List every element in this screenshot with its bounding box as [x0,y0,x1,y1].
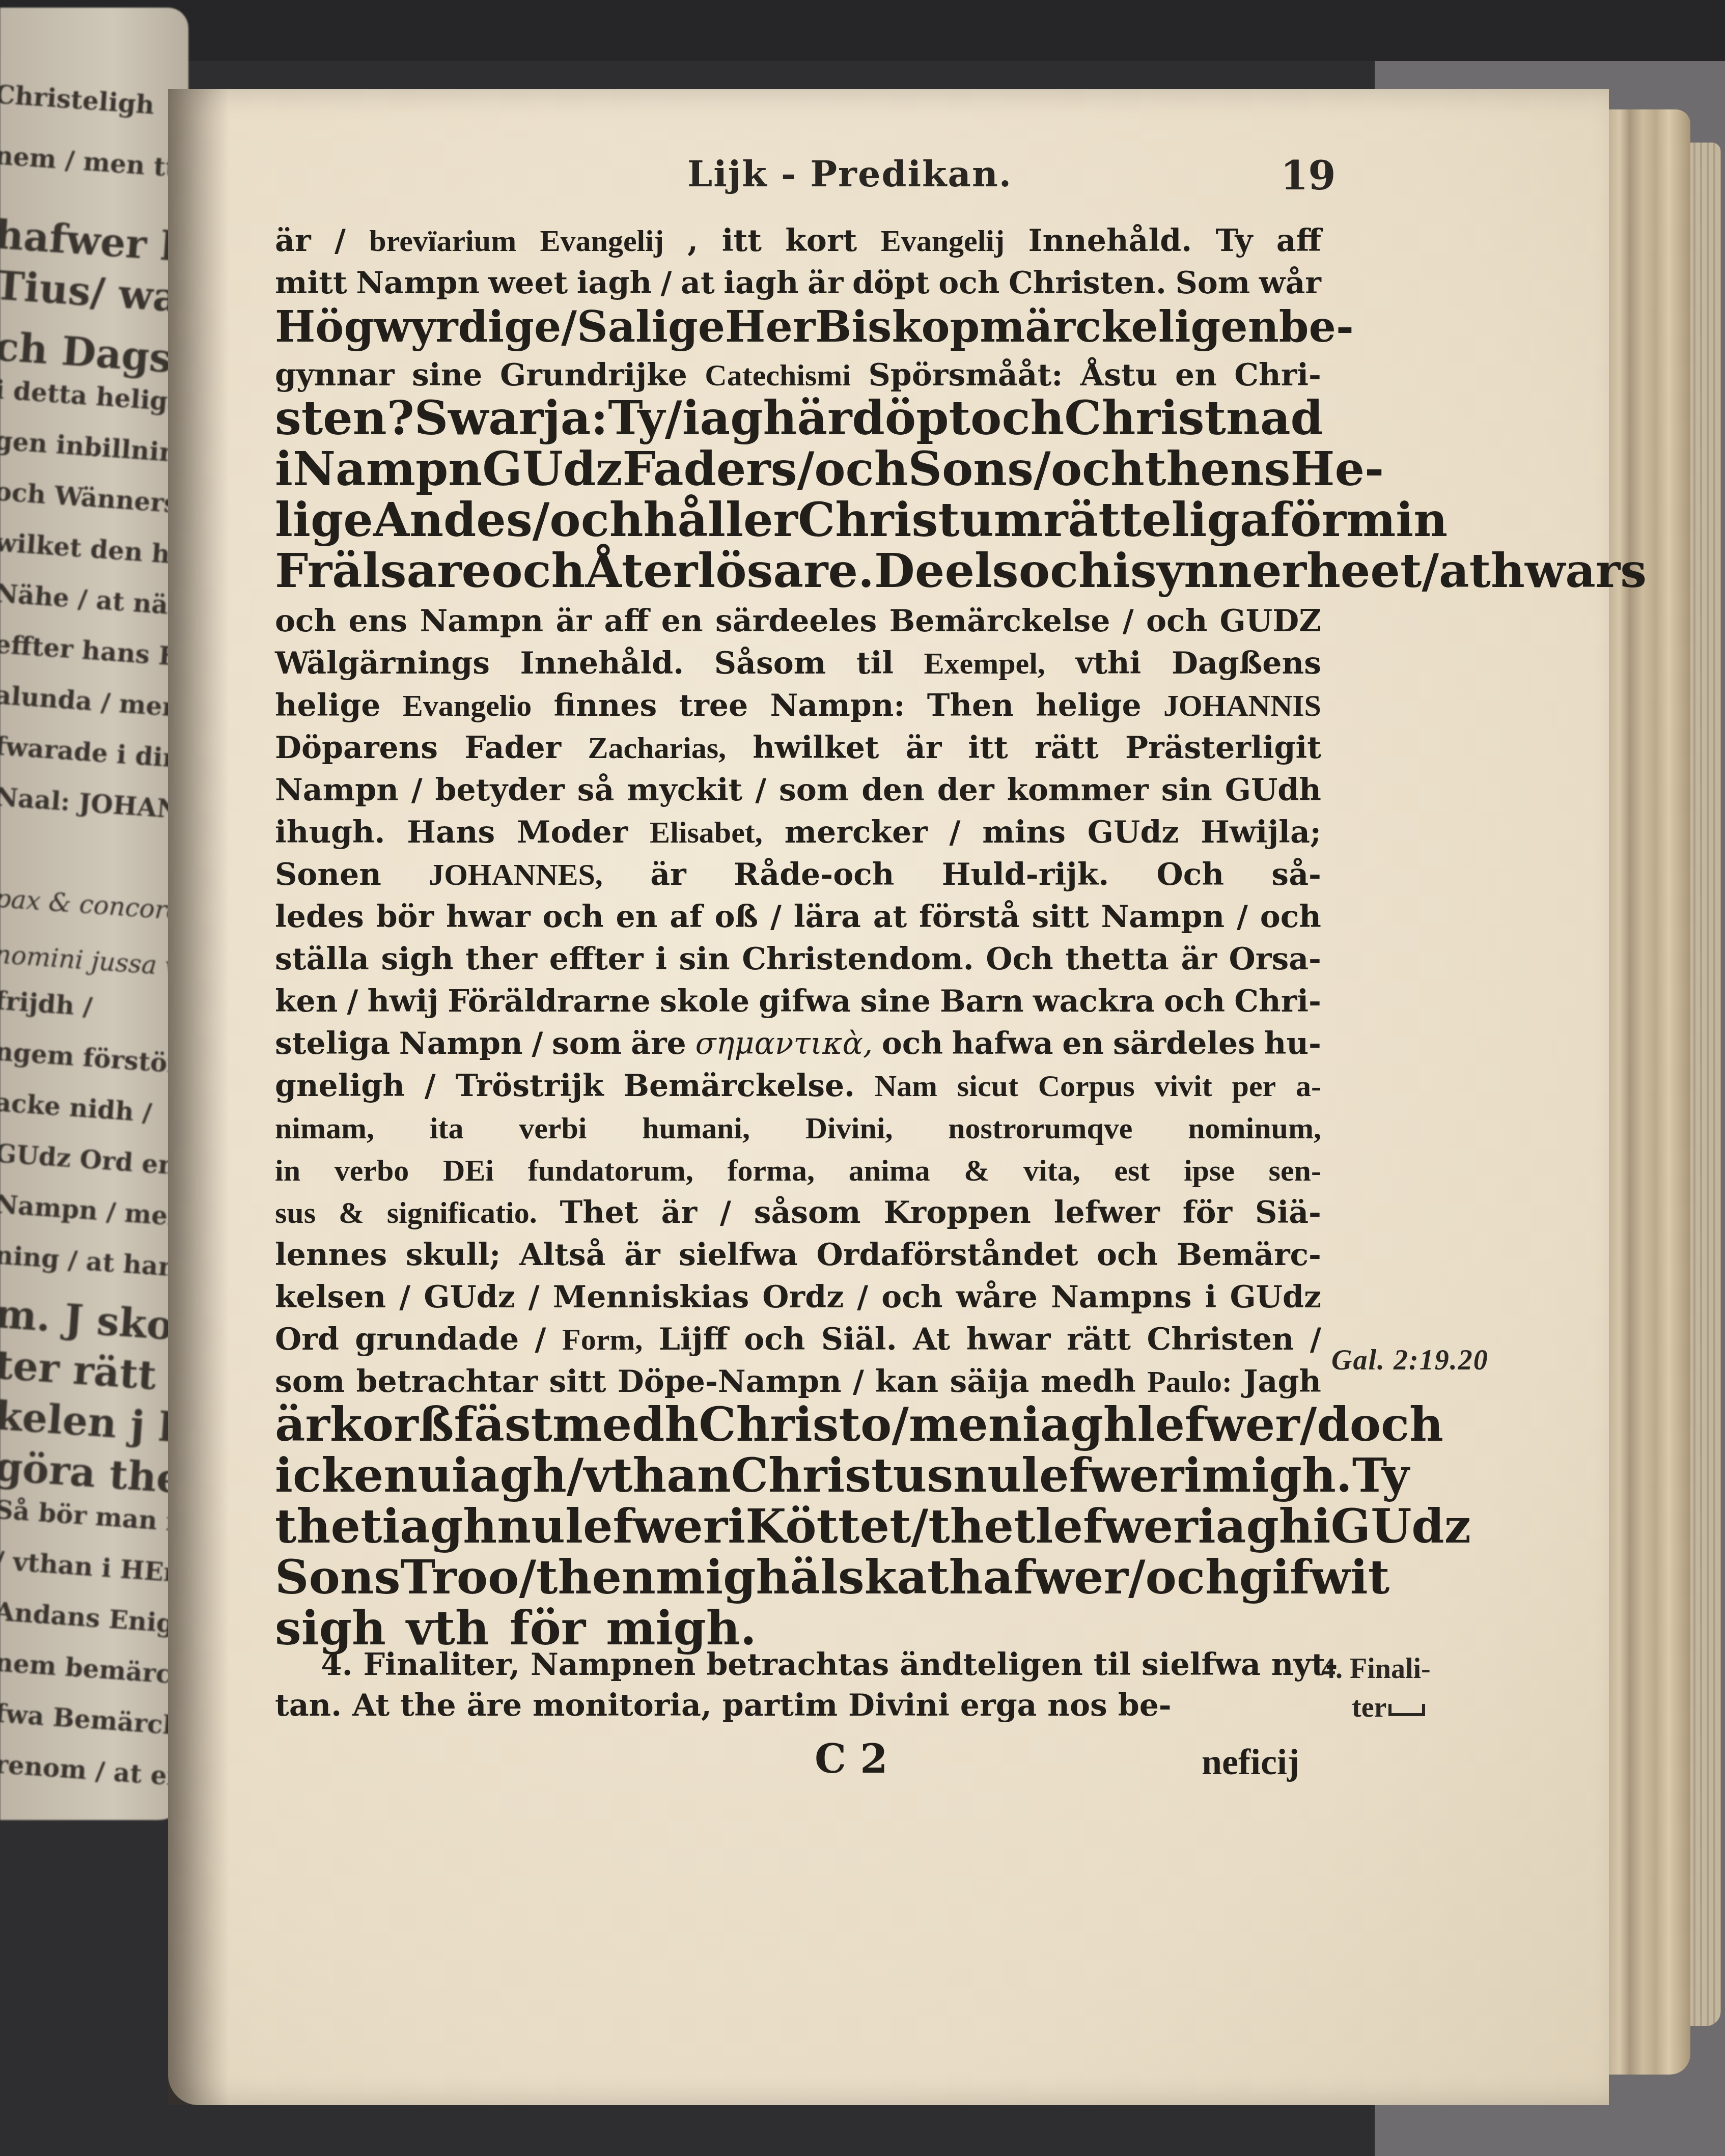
word: Biskop [815,305,980,348]
word: gneligh [275,1071,405,1101]
word: Zacharias, [588,733,726,763]
body-line: heligeEvangeliofinnestreeNampn:Thenhelig… [275,679,1321,721]
word: & [964,1155,989,1186]
word: är [797,395,852,441]
word: til [856,648,894,679]
word: Ord [275,1324,339,1355]
word: / [425,1071,436,1101]
margin-section-label-2: ter [1352,1692,1386,1723]
word: / [950,817,961,848]
word: Huld-rijk. [942,859,1109,890]
word: icke [275,1452,383,1499]
body-line: gneligh/TröstrijkBemärckelse.NamsicutCor… [275,1059,1321,1101]
word: anima [849,1155,930,1186]
word: Innehåld. [520,648,684,679]
word: Christen. [1009,268,1166,298]
word: Tröstrijk [455,1071,603,1101]
catchword: neficij [1202,1741,1299,1783]
body-line: ihugh.HansModerElisabet,mercker/minsGUdz… [275,805,1321,848]
word: är [906,733,942,763]
word: lige [275,496,373,543]
word: och [1019,547,1112,594]
word: GUdz [1088,817,1179,848]
word: i [655,944,667,974]
word: Altså [519,1240,606,1270]
word: / [1128,1554,1146,1601]
facing-page-line: ning / at han skulle hetta Jo [0,1240,188,1297]
word: Divini, [805,1113,893,1143]
word: Moder [517,817,628,848]
word: Fader [464,733,561,763]
word: hafwer [949,1554,1128,1601]
body-line: FrälsareochÅterlösare.Deelsochisynnerhee… [275,543,1321,594]
body-line: ledesbörhwarochenafoß/läraatförståsittNa… [275,890,1321,932]
word: lefwer [1054,1197,1160,1228]
paragraph-4: 4. Finaliter, Nampnen betrachtas ändteli… [275,1640,1321,1721]
word: nu [953,1452,1021,1499]
word: He- [1291,445,1384,492]
word: / [661,268,672,298]
word: Orsa- [1229,944,1321,974]
body-line: lennesskull;AltsåärsielfwaOrdaförståndet… [275,1228,1321,1270]
word: myckit [627,775,742,805]
body-line: sus&significatio.Thetär/såsomKroppenlefw… [275,1186,1321,1228]
facing-page-line: GUdz Ord en förer. [0,1138,188,1187]
word: ken [275,986,338,1017]
word: nu [497,1503,565,1550]
body-line: steligaNampn/somäreσημαντικὰ,ochhafwaens… [275,1017,1321,1059]
body-line: SonenJOHANNES,ärRåde-ochHuld-rijk.Ochså- [275,848,1321,890]
word: nostrorumqve [948,1113,1132,1143]
word: / [857,1282,868,1312]
word: en [616,902,658,932]
word: / [347,986,358,1017]
word: kort [785,226,857,256]
word: thetta [1065,944,1169,974]
word: helige [275,690,381,721]
word: Her [725,305,815,348]
facing-page-line: i detta heliga Wärck / ic nu [0,374,188,431]
word: döpt [852,268,930,298]
word: vita, [1023,1155,1080,1186]
word: och [275,606,336,636]
scan-background-top [0,0,1725,61]
word: särdeeles [715,606,877,636]
word: som [779,775,849,805]
word: Exempel, [924,648,1045,679]
word: den [861,775,925,805]
word: rätt [1067,1324,1131,1355]
page-number: 19 [1281,153,1336,199]
word: effter [549,944,644,974]
word: en [661,606,703,636]
word: Nam [875,1071,937,1101]
word: est [1114,1155,1150,1186]
facing-page-line: Christeligh [0,79,155,120]
word: för [1270,496,1346,543]
word: / [561,305,577,348]
word: nimam, [275,1113,374,1143]
facing-page-line: nem / men ttraintrai Christ [0,140,188,197]
word: Bemärckelse [889,606,1110,636]
word: förstå [919,902,1020,932]
word: en [1175,360,1217,390]
paragraph-4-line: 4. Finaliter, Nampnen betrachtas ändteli… [275,1640,1321,1680]
body-line: inverboDEifundatorum,forma,anima&vita,es… [275,1143,1321,1186]
word: en [1062,1028,1104,1059]
body-line: ken/hwijFöräldrarneskolegifwasineBarnwac… [275,974,1321,1017]
word: / [797,445,815,492]
word: hwar [446,902,531,932]
word: och [882,1028,943,1059]
body-line: nimam,itaverbihumani,Divini,nostrorumqve… [275,1101,1321,1143]
word: / [567,1452,584,1499]
word: hwilket [753,733,879,763]
word: sicut [957,1071,1018,1101]
word: / [720,1197,731,1228]
body-line: är/brevïariumEvangelij,ittkortEvangelijI… [275,214,1321,256]
word: Innehåld. [1028,226,1192,256]
word: och [549,496,643,543]
word: brevïarium [369,226,516,256]
word: är [1181,944,1217,974]
word: / [335,226,346,256]
facing-page-line: alunda / men han skal h [0,680,188,734]
bracket-mark-icon [1388,1704,1425,1716]
word: / [532,1028,543,1059]
word: som [275,1366,345,1397]
body-line: WälgärningsInnehåld.SåsomtilExempel,vthi… [275,636,1321,679]
word: är [275,226,311,256]
word: Nampn [1101,902,1225,932]
word: Nampn [420,606,543,636]
word: och [1146,1554,1239,1601]
gutter-shadow [168,89,229,2105]
word: GUDZ [1220,606,1321,636]
word: thens [1145,445,1291,492]
word: är [661,1197,698,1228]
body-line: SonsTroo/thenmighälskathafwer/ochgifwit [275,1550,1321,1601]
word: vivit [1154,1071,1212,1101]
body-line: DöparensFaderZacharias,hwilketäritträttP… [275,721,1321,763]
word: mitt [275,268,347,298]
word: kan [875,1366,938,1397]
word: är [275,1401,330,1448]
word: Swar [414,395,544,441]
word: Grundrijke [500,360,687,390]
word: / [911,1503,929,1550]
word: GUdz [424,1282,515,1312]
word: Ordz [762,1282,844,1312]
word: Frälsare [275,547,491,594]
word: Ty [1215,226,1253,256]
word: i [275,445,293,492]
word: tree [679,690,748,721]
word: såsom [754,1197,861,1228]
word: fundatorum, [528,1155,693,1186]
word: / [1034,445,1051,492]
word: märckeligen [980,305,1278,348]
word: betyder [435,775,564,805]
word: Bemärc- [1177,1240,1321,1270]
word: särdeles [1113,1028,1255,1059]
word: Nampn: [770,690,905,721]
word: Återlösare. [585,547,874,594]
word: Jagh [1243,1366,1321,1397]
facing-page-line: Naal: JOHANNES är i [0,781,188,832]
word: gifwit [1239,1554,1390,1601]
word: in [275,1155,300,1186]
word: Åstu [1080,360,1158,390]
word: at [681,268,715,298]
word: Sonen [275,859,381,890]
word: betrachtar [356,1366,538,1397]
word: doch [1317,1401,1443,1448]
word: / [533,496,550,543]
body-text: är/brevïariumEvangelij,ittkortEvangelijI… [275,214,1321,1651]
word: mercker [785,817,928,848]
word: iagh [724,268,798,298]
word: sen- [1269,1155,1321,1186]
word: nu [383,1452,452,1499]
word: mins [982,817,1066,848]
word: ja: [543,395,608,441]
word: iagh [1022,1401,1137,1448]
facing-page-line: effter hans Fader Zacharian [0,629,188,686]
word: per [1232,1071,1276,1101]
word: thet [928,1503,1035,1550]
facing-page-line: Andans Enighet / [0,1596,188,1643]
word: Barn [940,986,1024,1017]
word: så- [1271,859,1321,890]
word: skole [660,986,749,1017]
facing-page-line: frijdh / [0,985,94,1022]
word: Evangelio [403,690,532,721]
word: DEi [443,1155,494,1186]
word: / [1123,606,1134,636]
facing-page-line: fwarade i dine Slächt är in [0,731,188,787]
word: Nampns [1051,1282,1192,1312]
word: och [814,445,908,492]
word: Nampn [275,775,399,805]
book-fore-edge [1604,109,1690,2075]
body-line: ställasighthereffterisinChristendom.Ocht… [275,932,1321,974]
word: hwar [966,1324,1051,1355]
word: Och [986,944,1053,974]
word: Christum [798,496,1043,543]
facing-page-line: och Wänners intradande / gh [0,476,188,535]
facing-page-line: gen inbillning / gammal plägs [0,425,188,485]
word: wackra [1033,986,1155,1017]
word: / [1422,547,1439,594]
word: hu- [1264,1028,1321,1059]
word: nominum, [1188,1113,1321,1143]
word: Faders [623,445,797,492]
word: ihugh. [275,817,385,848]
word: sine [412,360,482,390]
word: lefwer [1036,1503,1198,1550]
word: och [1051,445,1145,492]
word: hwars [1491,547,1647,594]
word: Sons [275,1554,401,1601]
word: Form, [562,1324,643,1355]
word: lennes [275,1240,387,1270]
word: säija [950,1366,1029,1397]
word: min [1346,496,1448,543]
word: Sons [908,445,1034,492]
word: migh [656,1554,790,1601]
facing-page-line: / vthan i HErranom [0,1545,188,1594]
facing-page-line: nem bemärckes: [0,1647,188,1693]
word: verbi [519,1113,587,1143]
word: / [770,902,782,932]
word: der [937,775,994,805]
word: sus [275,1197,316,1228]
word: finnes [553,690,657,721]
word: Chri- [1234,360,1321,390]
word: itt [722,226,762,256]
word: och [1260,902,1321,932]
word: Ordaförståndet [817,1240,1078,1270]
word: lefwer [1137,1401,1300,1448]
word: älskat [790,1554,949,1601]
word: i [1205,1282,1217,1312]
word: Christnad [1064,395,1323,441]
word: oß [715,902,759,932]
word: och [744,1324,805,1355]
word: / [535,1324,546,1355]
body-line: ickenuiagh/vthanChristusnulefwerimigh.Ty [275,1448,1321,1499]
word: gynnar [275,360,395,390]
word: Dagßens [1172,648,1321,679]
word: är [556,606,592,636]
word: och [1164,986,1225,1017]
word: Christen [1147,1324,1294,1355]
word: at [1439,547,1491,594]
word: sine [860,986,930,1017]
word: gifwa [759,986,851,1017]
word: hafwa [952,1028,1053,1059]
word: Andes [373,496,533,543]
body-line: iNampnGUdzFaders/ochSons/ochthensHe- [275,441,1321,492]
word: Evangelij [881,226,1005,256]
word: JOHANNES, [429,859,603,890]
word: Christendom. [742,944,973,974]
word: i [1313,1503,1331,1550]
word: af [670,902,703,932]
word: medh [552,1401,699,1448]
word: Döparens [275,733,438,763]
word: / [755,775,766,805]
body-line: mittNampnweetiagh/atiaghärdöptochChriste… [275,256,1321,298]
word: Thet [560,1197,638,1228]
word: / [1310,1324,1321,1355]
body-line: Ordgrundade/Form,LijffochSiäl.Athwarrätt… [275,1312,1321,1355]
word: Paulo: [1147,1366,1232,1397]
word: vthan [583,1452,731,1499]
word: och [543,902,604,932]
word: / [528,1282,540,1312]
word: Ty [1352,1452,1409,1499]
word: humani, [642,1113,750,1143]
word: sten [275,395,387,441]
word: Ty [608,395,665,441]
word: aff [1276,226,1321,256]
word: Corpus [1038,1071,1135,1101]
word: i [1112,547,1130,594]
word: och [1146,606,1207,636]
running-title: Lijk - Predikan. [687,153,1012,195]
paragraph-4-line: tan. At the äre monitoria, partim Divini… [275,1680,1321,1721]
word: är [624,1240,660,1270]
facing-page-line: Nampn / men effter de hål [0,1189,188,1245]
word: sitt [1032,902,1089,932]
word: iagh [577,268,652,298]
word: så [577,775,615,805]
word: iagh [452,1452,567,1499]
word: Bemärckelse. [623,1071,855,1101]
word: kommer [1007,775,1148,805]
word: / [892,1401,909,1448]
body-line: Högwyrdige/SaligeHerBiskopmärckeligenbe- [275,298,1321,348]
word: Och [1157,859,1224,890]
body-line: sombetrachtarsittDöpe-Nampn/kansäijamedh… [275,1355,1321,1397]
word: Elisabet, [650,817,763,848]
facing-page-line: nomini jussa verenda Dei, [0,939,188,992]
word: Såsom [714,648,826,679]
word: håller [644,496,798,543]
word: Evangelij [540,226,664,256]
word: Nampn [399,1028,523,1059]
word: then [536,1554,656,1601]
word: Kroppen [883,1197,1031,1228]
signature-mark: C 2 [815,1736,888,1782]
word: Siäl. [821,1324,897,1355]
word: ens [349,606,408,636]
body-line: ochensNampnäraffensärdeelesBemärckelse/o… [275,594,1321,636]
word: ipse [1184,1155,1235,1186]
word: döpt [852,395,971,441]
body-line: Nampn/betydersåmyckit/somdenderkommersin… [275,763,1321,805]
word: weet [489,268,568,298]
word: iagh [382,1503,497,1550]
word: ställa [275,944,369,974]
body-line: thetiaghnulefweriKöttet/thetlefweriaghiG… [275,1499,1321,1550]
word: At [913,1324,950,1355]
word: Deels [874,547,1019,594]
word: Spörsmååt: [868,360,1063,390]
word: wåre [956,1282,1038,1312]
word: sin [1161,775,1212,805]
word: korßfäst [330,1401,552,1448]
word: steliga [275,1028,390,1059]
word: Prästerligit [1125,733,1321,763]
word: medh [1041,1366,1136,1397]
word: är [808,268,844,298]
margin-note-scripture-reference: Gal. 2:19.20 [1331,1344,1489,1377]
body-line: kelsen/GUdz/MenniskiasOrdz/ochwåreNampns… [275,1270,1321,1312]
word: är [650,859,686,890]
word: aff [604,606,649,636]
word: och [970,395,1064,441]
body-line: ligeAndes/ochhållerChristumrätteligaförm… [275,492,1321,543]
word: vthi [1075,648,1141,679]
word: helige [1036,690,1142,721]
word: , [687,226,698,256]
word: sitt [549,1366,606,1397]
word: Föräldrarne [448,986,650,1017]
word: GUdz [1230,1282,1321,1312]
